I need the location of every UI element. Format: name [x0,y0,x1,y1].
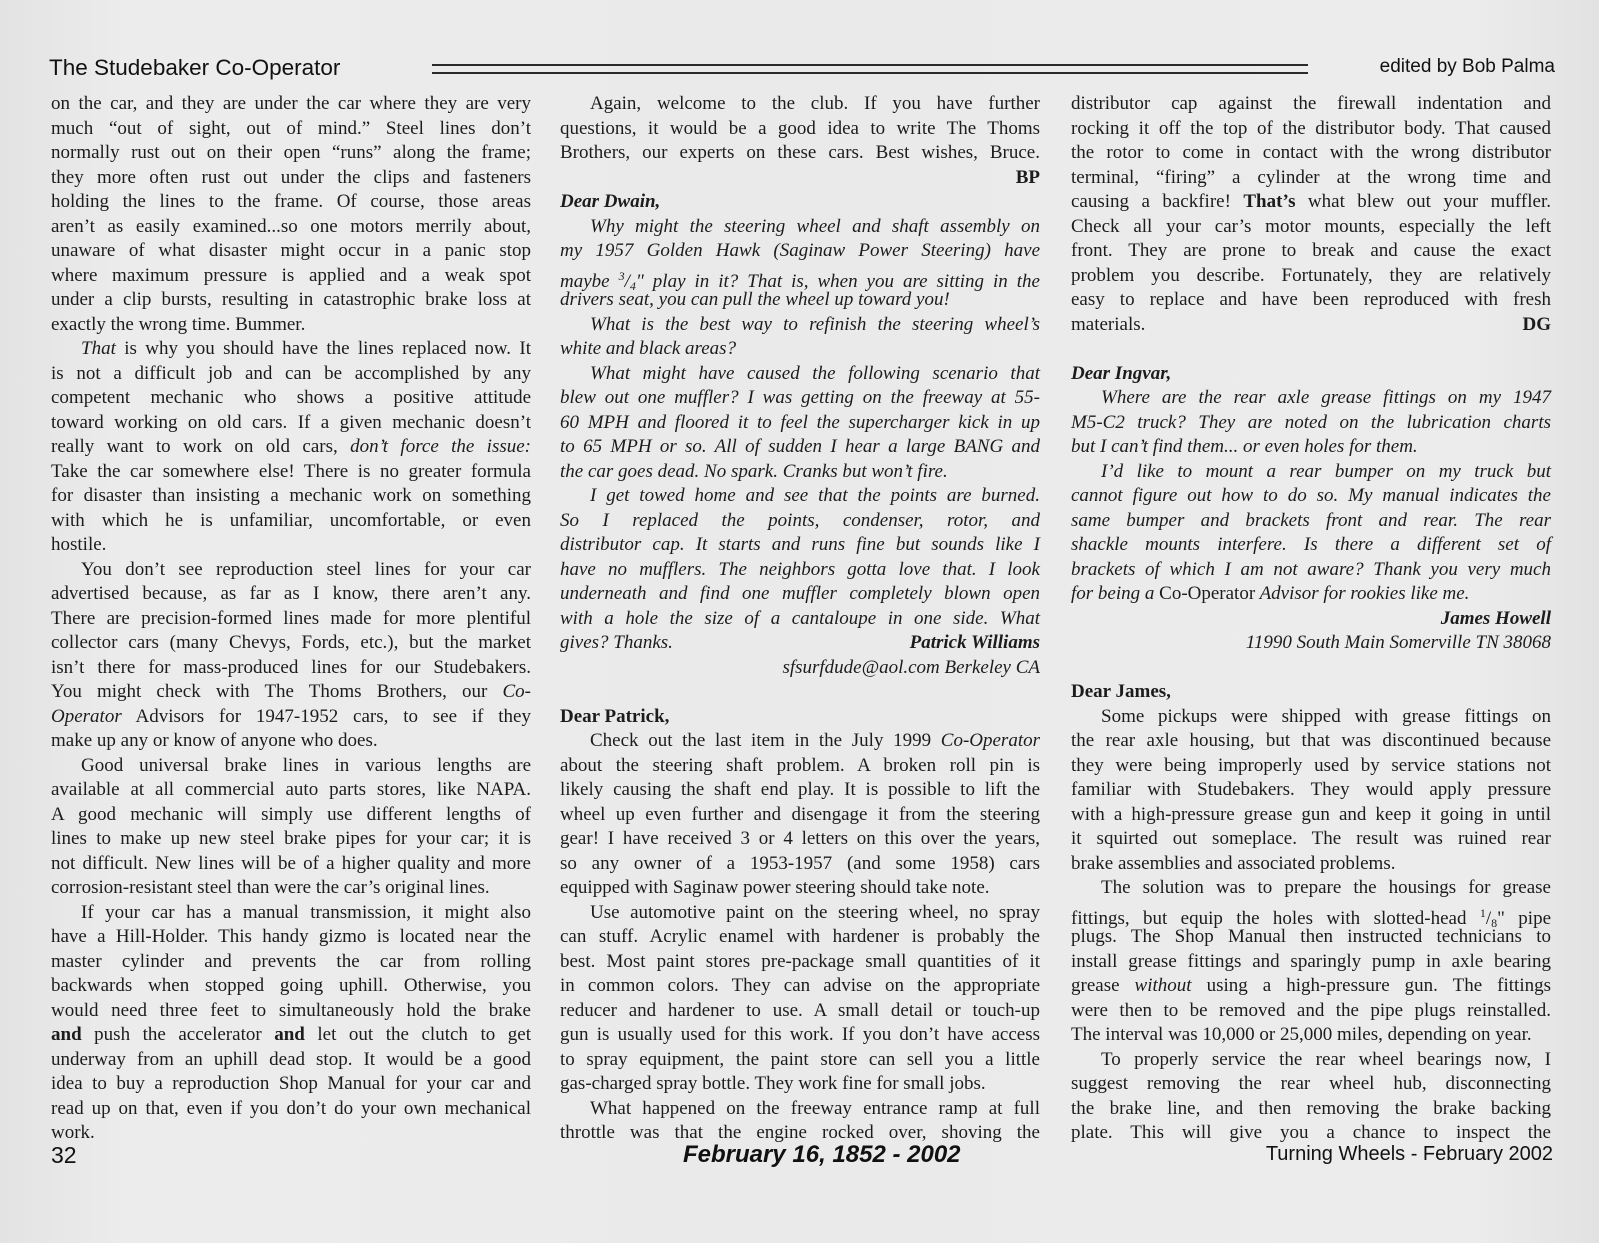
text-run: Check all your car’s motor mounts, espec… [1071,216,1551,237]
text-line: rocking it off the top of the distributo… [1071,117,1551,142]
text-line: You might check with The Thoms Brothers,… [51,680,531,705]
letter-text: I get towed home and see that the points… [590,485,1040,506]
text-line: gas-charged spray bottle. They work fine… [560,1072,1040,1097]
text-run: Again, welcome to the club. If you have … [590,93,1040,114]
text-run: What happened on the freeway entrance ra… [590,1098,1040,1119]
text-line: backwards when stopped going uphill. Oth… [51,974,531,999]
text-column-right: distributor cap against the firewall ind… [1071,92,1551,1146]
text-line: 60 MPH and floored it to feel the superc… [560,411,1040,436]
text-line: equipped with Saginaw power steering sho… [560,876,1040,901]
text-line: they were being improperly used by servi… [1071,754,1551,779]
text-run: available at all commercial auto parts s… [51,779,531,800]
text-run: is why you should have the lines replace… [116,338,531,359]
emphasis: Co- [503,681,532,702]
page-number: 32 [51,1142,77,1169]
column-title: The Studebaker Co-Operator [49,55,340,81]
text-run: they more often rust out under the clips… [51,167,531,188]
text-run: gear! I have received 3 or 4 letters on … [560,828,1040,849]
text-line: corrosion-resistant steel than were the … [51,876,531,901]
text-line: blew out one muffler? I was getting on t… [560,386,1040,411]
text-run: make up any or know of anyone who does. [51,730,378,751]
text-line: suggest removing the rear wheel hub, dis… [1071,1072,1551,1097]
text-line: distributor cap against the firewall ind… [1071,92,1551,117]
text-line: So I replaced the points, condenser, rot… [560,509,1040,534]
text-run: about the steering shaft problem. A brok… [560,755,1040,776]
text-line: What happened on the freeway entrance ra… [560,1097,1040,1122]
text-line: I get towed home and see that the points… [560,484,1040,509]
text-line: have a Hill-Holder. This handy gizmo is … [51,925,531,950]
text-line: unaware of what disaster might occur in … [51,239,531,264]
letter-text: I’d like to mount a rear bumper on my tr… [1101,461,1551,482]
text-line: cannot figure out how to do so. My manua… [1071,484,1551,509]
text-run: collector cars (many Chevys, Fords, etc.… [51,632,531,653]
text-line: normally rust out on their open “runs” a… [51,141,531,166]
text-line: Use automotive paint on the steering whe… [560,901,1040,926]
text-run: with a high-pressure grease gun and keep… [1071,804,1551,825]
letter-text: distributor cap. It starts and runs fine… [560,534,1040,555]
text-column-left: on the car, and they are under the car w… [51,92,531,1146]
letter-text: 60 MPH and floored it to feel the superc… [560,412,1040,433]
text-run: equipped with Saginaw power steering sho… [560,877,990,898]
letter-text: What might have caused the following sce… [590,363,1040,384]
text-run: distributor cap against the firewall ind… [1071,93,1551,114]
text-run: terminal, “firing” a cylinder at the wro… [1071,167,1551,188]
spacer [1071,337,1551,362]
text-line: M5-C2 truck? They are noted on the lubri… [1071,411,1551,436]
text-line: were then to be removed and the pipe plu… [1071,999,1551,1024]
text-line: it squirted out someplace. The result wa… [1071,827,1551,852]
text-run: Brothers, our experts on these cars. Bes… [560,142,1040,163]
text-line: causing a backfire! That’s what blew out… [1071,190,1551,215]
text-line: for being a Co-Operator Advisor for rook… [1071,582,1551,607]
letter-text: the car goes dead. No spark. Cranks but … [560,461,948,482]
letter-text: What is the best way to refinish the ste… [590,314,1040,335]
text-line: in common colors. They can advise on the… [560,974,1040,999]
text-line: Again, welcome to the club. If you have … [560,92,1040,117]
text-run: suggest removing the rear wheel hub, dis… [1071,1073,1551,1094]
emphasis: without [1135,975,1192,996]
text-run: read up on that, even if you don’t do yo… [51,1098,531,1119]
letter-text: with a hole the size of a cantaloupe in … [560,608,1040,629]
text-line: The interval was 10,000 or 25,000 miles,… [1071,1023,1551,1048]
text-line: Why might the steering wheel and shaft a… [560,215,1040,240]
text-line: idea to buy a reproduction Shop Manual f… [51,1072,531,1097]
text-line: but I can’t find them... or even holes f… [1071,435,1551,460]
text-line: on the car, and they are under the car w… [51,92,531,117]
text-line: BP [560,166,1040,191]
text-line: underneath and find one muffler complete… [560,582,1040,607]
text-line: the rear axle housing, but that was disc… [1071,729,1551,754]
text-run: push the accelerator [82,1024,275,1045]
salutation: Dear Patrick, [560,706,669,727]
text-line: with which he is unfamiliar, uncomfortab… [51,509,531,534]
text-run: toward working on old cars. If a given m… [51,412,531,433]
letter-signature: James Howell [1441,608,1551,629]
text-run: have a Hill-Holder. This handy gizmo is … [51,926,531,947]
text-run: plugs. The Shop Manual then instructed t… [1071,926,1551,947]
text-run: Use automotive paint on the steering whe… [590,902,1040,923]
text-run: problem you describe. Fortunately, they … [1071,265,1551,286]
text-line: sfsurfdude@aol.com Berkeley CA [560,656,1040,681]
text-column-middle: Again, welcome to the club. If you have … [560,92,1040,1146]
text-line: gives? Thanks.Patrick Williams [560,631,1040,656]
spacer [560,680,1040,705]
letter-signature: Patrick Williams [910,631,1040,656]
letter-text: my 1957 Golden Hawk (Saginaw Power Steer… [560,240,1040,261]
text-line: the rotor to come in contact with the wr… [1071,141,1551,166]
publication-name: Co-Operator [1159,583,1255,604]
text-line: lines to make up new steel brake pipes f… [51,827,531,852]
text-run: hostile. [51,534,106,555]
emphasis: and [274,1024,305,1045]
letter-address: 11990 South Main Somerville TN 38068 [1246,632,1551,653]
text-line: You don’t see reproduction steel lines f… [51,558,531,583]
text-run: familiar with Studebakers. They would ap… [1071,779,1551,800]
text-run: so any owner of a 1953-1957 (and some 19… [560,853,1040,874]
text-line: best. Most paint stores pre-package smal… [560,950,1040,975]
spacer [1071,656,1551,681]
text-line: under a clip bursts, resulting in catast… [51,288,531,313]
text-line: same bumper and brackets front and rear.… [1071,509,1551,534]
text-line: Take the car somewhere else! There is no… [51,460,531,485]
text-line: plate. This will give you a chance to in… [1071,1121,1551,1146]
signature-initials: BP [1016,167,1040,188]
text-line: make up any or know of anyone who does. [51,729,531,754]
text-line: brackets of which I am not aware? Thank … [1071,558,1551,583]
text-run: exactly the wrong time. Bummer. [51,314,305,335]
text-line: advertised because, as far as I know, th… [51,582,531,607]
text-run: under a clip bursts, resulting in catast… [51,289,531,310]
anniversary-banner: February 16, 1852 - 2002 [683,1141,961,1169]
editor-credit: edited by Bob Palma [1380,56,1555,78]
text-line: white and black areas? [560,337,1040,362]
text-line: would need three feet to simultaneously … [51,999,531,1024]
text-run: where maximum pressure is applied and a … [51,265,531,286]
text-run: A good mechanic will simply use differen… [51,804,531,825]
text-run: in common colors. They can advise on the… [560,975,1040,996]
text-run: You don’t see reproduction steel lines f… [81,559,531,580]
text-run: let out the clutch to get [305,1024,531,1045]
letter-text: cannot figure out how to do so. My manua… [1071,485,1551,506]
text-run: front. They are prone to break and cause… [1071,240,1551,261]
text-run: reducer and hardener to use. A small det… [560,1000,1040,1021]
text-line: toward working on old cars. If a given m… [51,411,531,436]
letter-text: drivers seat, you can pull the wheel up … [560,289,950,310]
letter-text: white and black areas? [560,338,736,359]
text-line: collector cars (many Chevys, Fords, etc.… [51,631,531,656]
magazine-page: The Studebaker Co-Operator edited by Bob… [0,0,1599,1243]
text-line: I’d like to mount a rear bumper on my tr… [1071,460,1551,485]
text-run: causing a backfire! [1071,191,1243,212]
text-run: isn’t there for mass-produced lines for … [51,657,531,678]
text-line: What might have caused the following sce… [560,362,1040,387]
text-run: There are precision-formed lines made fo… [51,608,531,629]
text-run: for disaster than insisting a mechanic w… [51,485,531,506]
text-run: plate. This will give you a chance to in… [1071,1122,1551,1143]
text-line: If your car has a manual transmission, i… [51,901,531,926]
text-line: read up on that, even if you don’t do yo… [51,1097,531,1122]
text-line: There are precision-formed lines made fo… [51,607,531,632]
text-line: reducer and hardener to use. A small det… [560,999,1040,1024]
text-run: wheel up even further and disengage it f… [560,804,1040,825]
text-line: Good universal brake lines in various le… [51,754,531,779]
letter-address: sfsurfdude@aol.com Berkeley CA [782,657,1040,678]
text-run: grease [1071,975,1135,996]
letter-text: shackle mounts interfere. Is there a dif… [1071,534,1551,555]
text-line: the car goes dead. No spark. Cranks but … [560,460,1040,485]
text-line: exactly the wrong time. Bummer. [51,313,531,338]
letter-text: So I replaced the points, condenser, rot… [560,510,1040,531]
text-line: familiar with Studebakers. They would ap… [1071,778,1551,803]
text-run: If your car has a manual transmission, i… [81,902,531,923]
text-run: throttle was that the engine rocked over… [560,1122,1040,1143]
text-line: Dear James, [1071,680,1551,705]
text-run: aren’t as easily examined...so one motor… [51,216,531,237]
text-run: To properly service the rear wheel beari… [1101,1049,1551,1070]
text-line: isn’t there for mass-produced lines for … [51,656,531,681]
text-line: with a high-pressure grease gun and keep… [1071,803,1551,828]
letter-text: same bumper and brackets front and rear.… [1071,510,1551,531]
text-line: easy to replace and have been reproduced… [1071,288,1551,313]
text-run: to spray equipment, the paint store can … [560,1049,1040,1070]
text-run: Check out the last item in the July 1999 [590,730,941,751]
text-line: Dear Dwain, [560,190,1040,215]
text-line: questions, it would be a good idea to wr… [560,117,1040,142]
text-run: work. [51,1122,95,1143]
text-run: they were being improperly used by servi… [1071,755,1551,776]
text-line: wheel up even further and disengage it f… [560,803,1040,828]
text-run: master cylinder and prevents the car fro… [51,951,531,972]
text-line: The solution was to prepare the housings… [1071,876,1551,901]
text-line: the brake line, and then removing the br… [1071,1097,1551,1122]
text-run: the rotor to come in contact with the wr… [1071,142,1551,163]
text-run: Good universal brake lines in various le… [81,755,531,776]
text-run: competent mechanic who shows a positive … [51,387,531,408]
text-line: install grease fittings and sparingly pu… [1071,950,1551,975]
emphasis: don’t force the issue: [350,436,531,457]
text-line: Check out the last item in the July 1999… [560,729,1040,754]
text-run: for being a [1071,583,1159,604]
text-run: using a high-pressure gun. The fittings [1192,975,1551,996]
text-line: Dear Patrick, [560,705,1040,730]
letter-text: M5-C2 truck? They are noted on the lubri… [1071,412,1551,433]
text-line: likely causing the shaft end play. It is… [560,778,1040,803]
text-line: where maximum pressure is applied and a … [51,264,531,289]
text-run: not difficult. New lines will be of a hi… [51,853,531,874]
text-line: have no mufflers. The neighbors gotta lo… [560,558,1040,583]
text-run: advertised because, as far as I know, th… [51,583,531,604]
text-run: were then to be removed and the pipe plu… [1071,1000,1551,1021]
text-line: available at all commercial auto parts s… [51,778,531,803]
text-run: rocking it off the top of the distributo… [1071,118,1551,139]
text-run: Take the car somewhere else! There is no… [51,461,531,482]
text-line: aren’t as easily examined...so one motor… [51,215,531,240]
text-line: James Howell [1071,607,1551,632]
letter-text: Why might the steering wheel and shaft a… [590,216,1040,237]
text-line: That is why you should have the lines re… [51,337,531,362]
text-line: Brothers, our experts on these cars. Bes… [560,141,1040,166]
text-line: much “out of sight, out of mind.” Steel … [51,117,531,142]
text-line: to spray equipment, the paint store can … [560,1048,1040,1073]
text-line: master cylinder and prevents the car fro… [51,950,531,975]
text-run: unaware of what disaster might occur in … [51,240,531,261]
text-line: work. [51,1121,531,1146]
text-run: normally rust out on their open “runs” a… [51,142,531,163]
text-line: hostile. [51,533,531,558]
text-line: competent mechanic who shows a positive … [51,386,531,411]
text-line: terminal, “firing” a cylinder at the wro… [1071,166,1551,191]
text-line: they more often rust out under the clips… [51,166,531,191]
text-run: it squirted out someplace. The result wa… [1071,828,1551,849]
letter-text: have no mufflers. The neighbors gotta lo… [560,559,1040,580]
text-run: on the car, and they are under the car w… [51,93,531,114]
emphasis: That’s [1243,191,1295,212]
letter-text: underneath and find one muffler complete… [560,583,1040,604]
text-run: gun is usually used for this work. If yo… [560,1024,1040,1045]
text-run: gas-charged spray bottle. They work fine… [560,1073,986,1094]
salutation: Dear Dwain, [560,191,660,212]
text-line: about the steering shaft problem. A brok… [560,754,1040,779]
text-line: is not a difficult job and can be accomp… [51,362,531,387]
text-run: the rear axle housing, but that was disc… [1071,730,1551,751]
salutation: Dear Ingvar, [1071,363,1171,384]
emphasis: Operator [51,706,122,727]
text-run: best. Most paint stores pre-package smal… [560,951,1040,972]
text-run: would need three feet to simultaneously … [51,1000,531,1021]
text-run: materials. [1071,313,1145,338]
text-run: holding the lines to the frame. Of cours… [51,191,531,212]
signature-initials: DG [1523,313,1552,338]
text-line: grease without using a high-pressure gun… [1071,974,1551,999]
text-line: Some pickups were shipped with grease fi… [1071,705,1551,730]
text-line: holding the lines to the frame. Of cours… [51,190,531,215]
text-line: front. They are prone to break and cause… [1071,239,1551,264]
text-run: really want to work on old cars, [51,436,350,457]
text-line: Operator Advisors for 1947-1952 cars, to… [51,705,531,730]
letter-text: gives? Thanks. [560,631,673,656]
text-line: To properly service the rear wheel beari… [1071,1048,1551,1073]
text-line: problem you describe. Fortunately, they … [1071,264,1551,289]
header-rule-bottom [432,72,1308,74]
text-run: underway from an uphill dead stop. It wo… [51,1049,531,1070]
text-run: can stuff. Acrylic enamel with hardener … [560,926,1040,947]
text-line: Where are the rear axle grease fittings … [1071,386,1551,411]
letter-text: blew out one muffler? I was getting on t… [560,387,1040,408]
text-run: corrosion-resistant steel than were the … [51,877,490,898]
text-run: The solution was to prepare the housings… [1101,877,1551,898]
text-line: underway from an uphill dead stop. It wo… [51,1048,531,1073]
text-line: 11990 South Main Somerville TN 38068 [1071,631,1551,656]
text-run: The interval was 10,000 or 25,000 miles,… [1071,1024,1532,1045]
text-line: so any owner of a 1953-1957 (and some 19… [560,852,1040,877]
text-line: plugs. The Shop Manual then instructed t… [1071,925,1551,950]
letter-text: brackets of which I am not aware? Thank … [1071,559,1551,580]
text-line: gun is usually used for this work. If yo… [560,1023,1040,1048]
text-run: Advisors for 1947-1952 cars, to see if t… [122,706,531,727]
text-line: Check all your car’s motor mounts, espec… [1071,215,1551,240]
text-line: gear! I have received 3 or 4 letters on … [560,827,1040,852]
text-line: What is the best way to refinish the ste… [560,313,1040,338]
text-run: is not a difficult job and can be accomp… [51,363,531,384]
text-run: questions, it would be a good idea to wr… [560,118,1040,139]
text-line: with a hole the size of a cantaloupe in … [560,607,1040,632]
text-line: for disaster than insisting a mechanic w… [51,484,531,509]
text-line: shackle mounts interfere. Is there a dif… [1071,533,1551,558]
text-line: my 1957 Golden Hawk (Saginaw Power Steer… [560,239,1040,264]
emphasis: Co-Operator [941,730,1040,751]
text-line: not difficult. New lines will be of a hi… [51,852,531,877]
text-line: brake assemblies and associated problems… [1071,852,1551,877]
text-run: install grease fittings and sparingly pu… [1071,951,1551,972]
text-run: what blew out your muffler. [1295,191,1551,212]
text-run: likely causing the shaft end play. It is… [560,779,1040,800]
text-run: lines to make up new steel brake pipes f… [51,828,531,849]
text-line: to 65 MPH or so. All of sudden I hear a … [560,435,1040,460]
text-line: fittings, but equip the holes with slott… [1071,901,1551,926]
text-run: easy to replace and have been reproduced… [1071,289,1551,310]
text-run: much “out of sight, out of mind.” Steel … [51,118,531,139]
text-run: the brake line, and then removing the br… [1071,1098,1551,1119]
text-line: maybe 3/4" play in it? That is, when you… [560,264,1040,289]
text-run: You might check with The Thoms Brothers,… [51,681,503,702]
emphasis: That [81,338,116,359]
text-line: materials.DG [1071,313,1551,338]
text-run: Some pickups were shipped with grease fi… [1101,706,1551,727]
text-line: can stuff. Acrylic enamel with hardener … [560,925,1040,950]
letter-text: Where are the rear axle grease fittings … [1101,387,1551,408]
magazine-issue: Turning Wheels - February 2002 [1266,1143,1553,1166]
letter-text: to 65 MPH or so. All of sudden I hear a … [560,436,1040,457]
text-line: Dear Ingvar, [1071,362,1551,387]
letter-text: but I can’t find them... or even holes f… [1071,436,1418,457]
text-line: A good mechanic will simply use differen… [51,803,531,828]
text-line: really want to work on old cars, don’t f… [51,435,531,460]
text-run: with which he is unfamiliar, uncomfortab… [51,510,531,531]
text-run: brake assemblies and associated problems… [1071,853,1395,874]
salutation: Dear James, [1071,681,1171,702]
text-run: idea to buy a reproduction Shop Manual f… [51,1073,531,1094]
text-run: backwards when stopped going uphill. Oth… [51,975,531,996]
header-rule-top [432,64,1308,66]
text-run: Advisor for rookies like me. [1255,583,1469,604]
text-line: and push the accelerator and let out the… [51,1023,531,1048]
emphasis: and [51,1024,82,1045]
text-line: distributor cap. It starts and runs fine… [560,533,1040,558]
